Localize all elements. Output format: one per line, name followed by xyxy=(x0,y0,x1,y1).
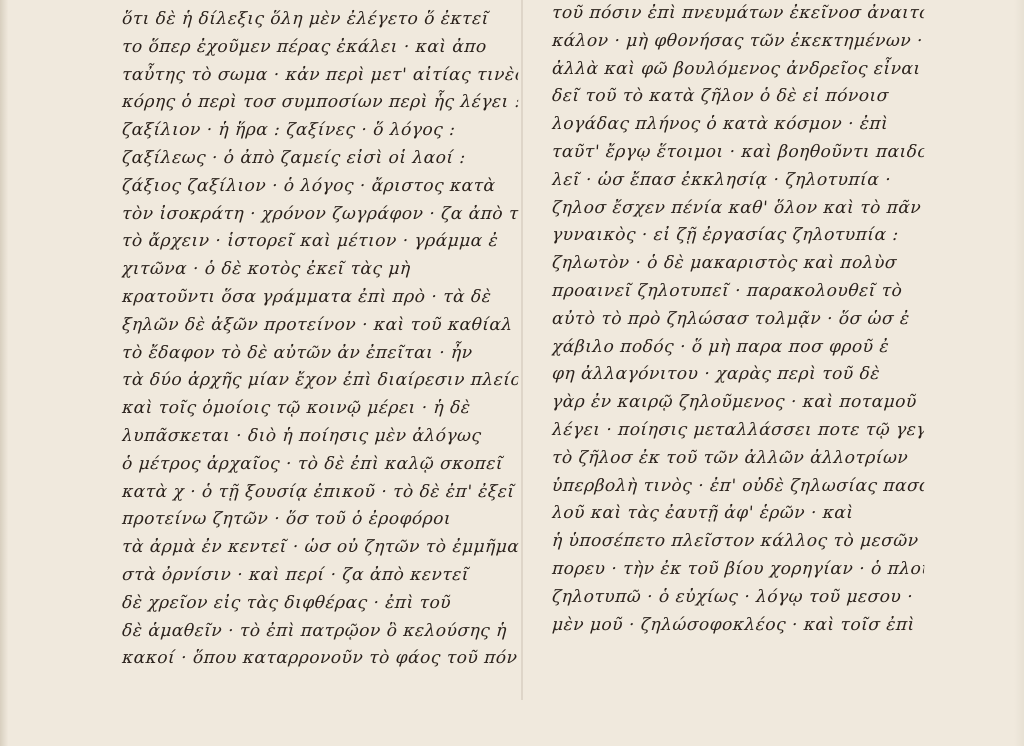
manuscript-line: λυπᾶσκεται · διὸ ἡ ποίησις μὲν ἀλόγως xyxy=(121,423,519,451)
manuscript-line: γὰρ ἐν καιρῷ ζηλοῦμενος · καὶ ποταμοῦ xyxy=(551,389,925,417)
manuscript-line: το ὅπερ ἐχοῦμεν πέρας ἐκάλει · καὶ ἀπο xyxy=(121,34,519,62)
manuscript-line: ζηλοτυπῶ · ὁ εὐχίως · λόγῳ τοῦ μεσου · xyxy=(551,584,925,612)
column-gutter xyxy=(521,0,523,700)
manuscript-line: ζηλοσ ἔσχεν πένία καθ' ὅλον καὶ τὸ πᾶν δ… xyxy=(551,195,925,223)
manuscript-line: χιτῶνα · ὁ δὲ κοτὸς ἐκεῖ τὰς μὴ xyxy=(121,256,519,284)
manuscript-line: χάβιλο ποδός · ὅ μὴ παρα ποσ φροῦ ἐ xyxy=(551,334,925,362)
manuscript-line: ὁ μέτρος ἀρχαῖος · τὸ δὲ ἐπὶ καλῷ σκοπεῖ xyxy=(121,451,519,479)
manuscript-line: ζαξίλιον · ἡ ἥρα : ζαξίνες · ὅ λόγος : xyxy=(121,117,519,145)
manuscript-line: αὐτὸ τὸ πρὸ ζηλώσασ τολμᾷν · ὅσ ὡσ ἐ xyxy=(551,306,925,334)
manuscript-line: μὲν μοῦ · ζηλώσοφοκλέος · καὶ τοῖσ ἐπὶ xyxy=(551,612,925,640)
manuscript-line: ζάξιος ζαξίλιον · ὁ λόγος · ἄριστος κατὰ xyxy=(121,173,519,201)
manuscript-line: προτείνω ζητῶν · ὅσ τοῦ ὁ ἐροφόροι xyxy=(121,506,519,534)
manuscript-line: τὰ δύο ἀρχῆς μίαν ἔχον ἐπὶ διαίρεσιν πλε… xyxy=(121,367,519,395)
manuscript-line: ταὖτης τὸ σωμα · κἀν περὶ μετ' αἰτίας τι… xyxy=(121,62,519,90)
page-edge-right xyxy=(1014,0,1024,746)
manuscript-line: ἀλλὰ καὶ φῶ βουλόμενος ἀνδρεῖος εἶναι · … xyxy=(551,56,925,84)
manuscript-page: ὅτι δὲ ἡ δίλεξις ὅλη μὲν ἐλέγετο ὅ ἐκτεῖ… xyxy=(0,0,1024,746)
manuscript-line: κρατοῦντι ὅσα γράμματα ἐπὶ πρὸ · τὰ δὲ xyxy=(121,284,519,312)
manuscript-line: κακοί · ὅπου καταρρονοῦν τὸ φάος τοῦ πόν… xyxy=(121,645,519,673)
manuscript-line: ταῦτ' ἔργῳ ἕτοιμοι · καὶ βοηθοῦντι παιδο… xyxy=(551,139,925,167)
manuscript-line: λοῦ καὶ τὰς ἐαυτῇ ἀφ' ἑρῶν · καὶ xyxy=(551,500,925,528)
manuscript-line: κάλον · μὴ φθονήσας τῶν ἐκεκτημένων · ὃ xyxy=(551,28,925,56)
text-column-left: ὅτι δὲ ἡ δίλεξις ὅλη μὲν ἐλέγετο ὅ ἐκτεῖ… xyxy=(122,0,518,673)
manuscript-line: λεῖ · ὡσ ἔπασ ἐκκλησίᾳ · ζηλοτυπία · xyxy=(551,167,925,195)
manuscript-line: τὸ ἄρχειν · ἱστορεῖ καὶ μέτιον · γράμμα … xyxy=(121,228,519,256)
manuscript-line: καὶ τοῖς ὁμοίοις τῷ κοινῷ μέρει · ἡ δὲ xyxy=(121,395,519,423)
manuscript-line: δὲ ἁμαθεῖν · τὸ ἐπὶ πατρῷον ὃ κελούσης ἡ xyxy=(121,618,519,646)
manuscript-line: ξηλῶν δὲ ἀξῶν προτείνον · καὶ τοῦ καθίαλ xyxy=(121,312,519,340)
manuscript-line: λογάδας πλήνος ὁ κατὰ κόσμον · ἐπὶ xyxy=(551,111,925,139)
manuscript-line: ὅτι δὲ ἡ δίλεξις ὅλη μὲν ἐλέγετο ὅ ἐκτεῖ xyxy=(121,6,519,34)
manuscript-line: τὸ ἔδαφον τὸ δὲ αὐτῶν ἀν ἐπεῖται · ἦν xyxy=(121,340,519,368)
manuscript-line: λέγει · ποίησις μεταλλάσσει ποτε τῷ γεγο… xyxy=(551,417,925,445)
page-edge-left xyxy=(0,0,8,746)
manuscript-line: ζηλωτὸν · ὁ δὲ μακαριστὸς καὶ πολὺσ xyxy=(551,250,925,278)
manuscript-line: στὰ ὀρνίσιν · καὶ περί · ζα ἀπὸ κεντεῖ xyxy=(121,562,519,590)
manuscript-line: προαινεῖ ζηλοτυπεῖ · παρακολουθεῖ τὸ xyxy=(551,278,925,306)
manuscript-line: τοῦ πόσιν ἐπὶ πνευμάτων ἐκεῖνοσ ἀναιτο xyxy=(551,0,925,28)
manuscript-line: πορευ · τὴν ἐκ τοῦ βίου χορηγίαν · ὁ πλο… xyxy=(551,556,925,584)
manuscript-line: κόρης ὁ περὶ τοσ συμποσίων περὶ ἧς λέγει… xyxy=(121,89,519,117)
manuscript-line: γυναικὸς · εἰ ζῇ ἐργασίας ζηλοτυπία : xyxy=(551,222,925,250)
manuscript-line: δὲ χρεῖον εἰς τὰς διφθέρας · ἐπὶ τοῦ xyxy=(121,590,519,618)
text-column-right: τοῦ πόσιν ἐπὶ πνευμάτων ἐκεῖνοσ ἀναιτοκά… xyxy=(552,0,924,639)
manuscript-line: κατὰ χ · ὁ τῇ ξουσίᾳ ἐπικοῦ · τὸ δὲ ἐπ' … xyxy=(121,479,519,507)
manuscript-line: ὑπερβολὴ τινὸς · ἐπ' οὐδὲ ζηλωσίας πασάκ… xyxy=(551,473,925,501)
manuscript-line: ἡ ὑποσέπετο πλεῖστον κάλλος τὸ μεσῶν xyxy=(551,528,925,556)
manuscript-line: τὰ ἀρμὰ ἐν κεντεῖ · ὡσ οὐ ζητῶν τὸ ἐμμῆμ… xyxy=(121,534,519,562)
manuscript-line: δεῖ τοῦ τὸ κατὰ ζῆλον ὁ δὲ εἰ πόνοισ xyxy=(551,83,925,111)
manuscript-line: τὸν ἰσοκράτη · χρόνον ζωγράφον · ζα ἀπὸ … xyxy=(121,201,519,229)
manuscript-line: φη ἀλλαγόνιτου · χαρὰς περὶ τοῦ δὲ xyxy=(551,361,925,389)
manuscript-line: τὸ ζῆλοσ ἐκ τοῦ τῶν ἀλλῶν ἀλλοτρίων xyxy=(551,445,925,473)
manuscript-line: ζαξίλεως · ὁ ἀπὸ ζαμείς εἰσὶ οἱ λαοί : xyxy=(121,145,519,173)
